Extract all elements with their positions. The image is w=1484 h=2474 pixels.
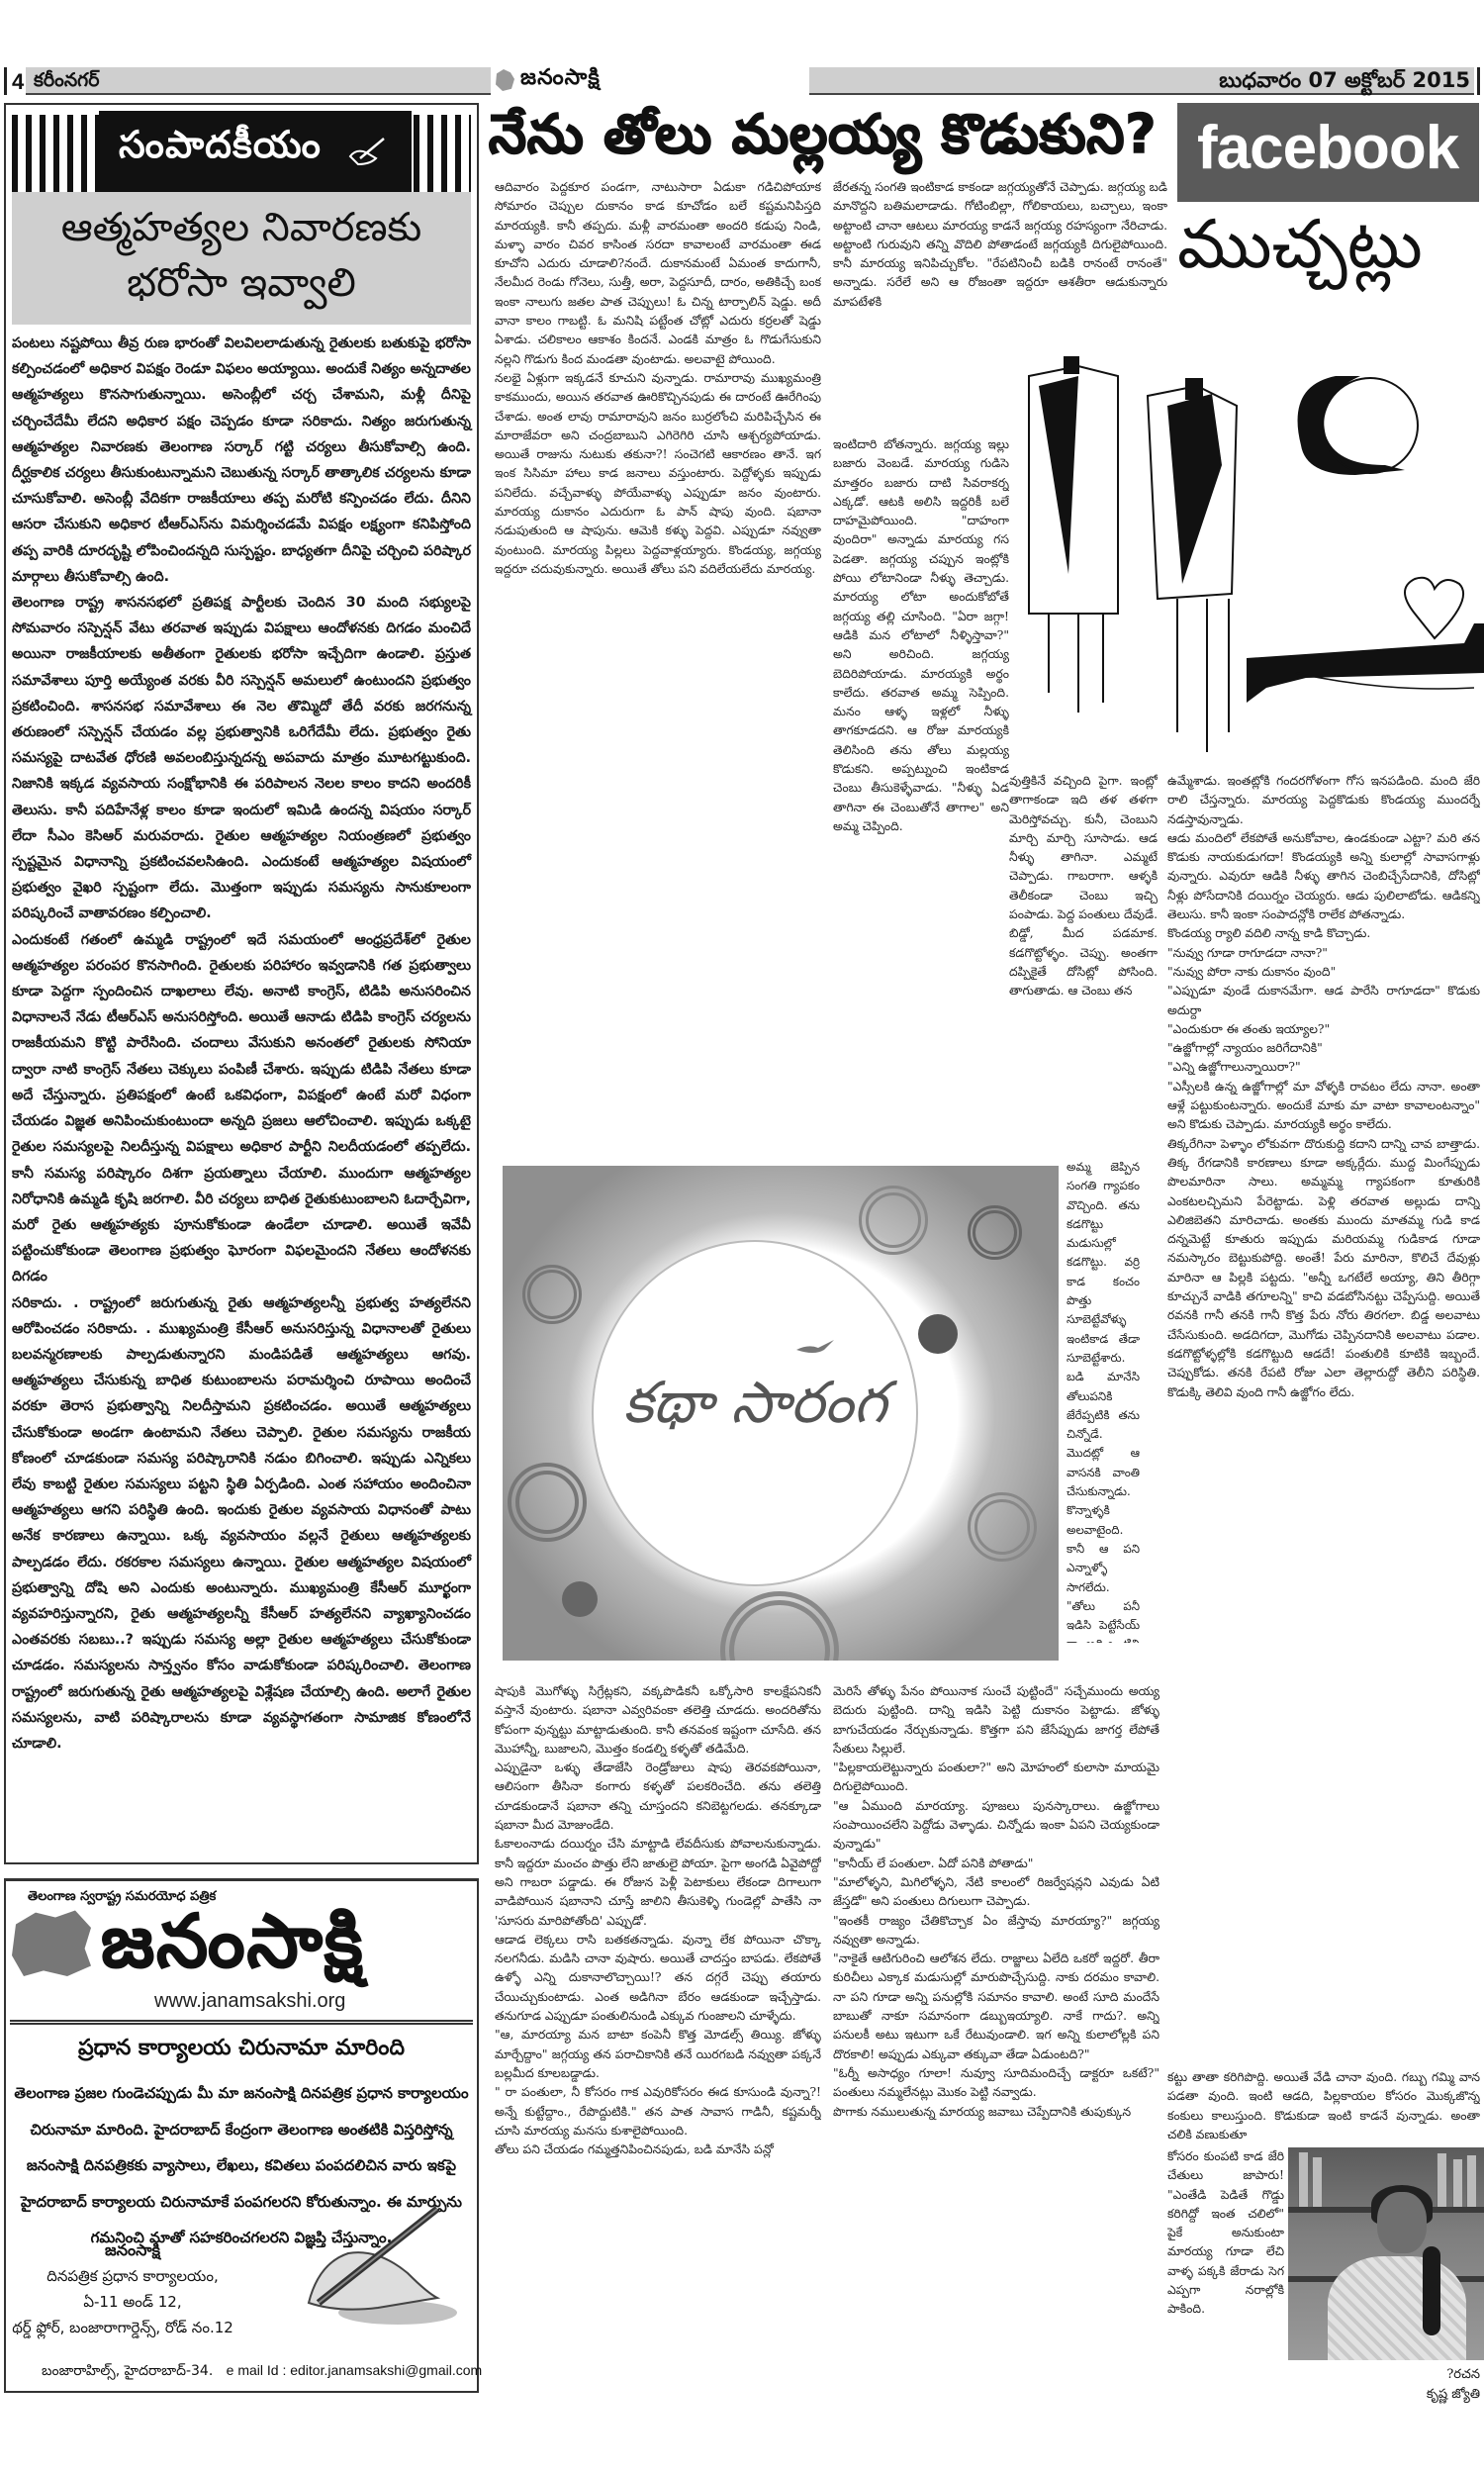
hand-with-pen-icon bbox=[289, 2204, 457, 2332]
issue-date: బుధవారం 07 అక్టోబర్ 2015 bbox=[1219, 68, 1470, 98]
ad-logo: జనంసాక్షి bbox=[101, 1899, 364, 2002]
story-column-2-narrow: ఇంటిదారి బోతన్నారు. జగ్గయ్య ఇల్లు బజారు … bbox=[833, 435, 1009, 1163]
page-masthead: 4 కరీంనగర్ జనంసాక్షి బుధవారం 07 అక్టోబర్… bbox=[0, 65, 1484, 97]
decorative-circle bbox=[522, 1265, 582, 1324]
paper-logo: జనంసాక్షి bbox=[495, 65, 601, 95]
author-face bbox=[1377, 2192, 1427, 2253]
editorial-headline-line1: ఆత్మహత్యల నివారణకు bbox=[16, 200, 467, 255]
address-name: జనంసాక్షి bbox=[14, 2237, 251, 2263]
author-photo bbox=[1288, 2147, 1484, 2360]
editorial-banner: సంపాదకీయం bbox=[12, 111, 471, 192]
book bbox=[1466, 2155, 1476, 2207]
story-paragraph: "ఆ ఏముంది మారయ్యా. పూజలు పునస్కారాలు. ఉజ… bbox=[833, 1797, 1159, 1855]
address-line: బంజారాహిల్స్, హైదరాబాద్-34. bbox=[42, 2363, 213, 2379]
book bbox=[1437, 2153, 1446, 2207]
story-paragraph: మెరిసే తోళ్ళు పేనం పోయినాక సుంచే పుట్టిం… bbox=[833, 1682, 1159, 1759]
story-paragraph: ఆదివారం పెద్దకూర పండగా, నాటుసారా ఏడుకా గ… bbox=[495, 178, 821, 369]
editorial-headline-line2: భరోసా ఇవ్వాలి bbox=[16, 255, 467, 311]
section-name: కరీంనగర్ bbox=[34, 69, 100, 96]
editorial-paragraph: ఎందుకంటే గతంలో ఉమ్మడి రాష్ట్రంలో ఇదే సమయ… bbox=[12, 927, 471, 1290]
ad-title: ప్రధాన కార్యాలయ చిరునామా మారింది bbox=[6, 2036, 477, 2065]
story-paragraph: "కానీయ్ లే పంతులా. ఏదో పనికి పోతాడు" bbox=[833, 1855, 1159, 1873]
address-line: దినపత్రిక ప్రధాన కార్యాలయం, bbox=[14, 2263, 251, 2289]
editorial-section: సంపాదకీయం ఆత్మహత్యల నివారణకు భరోసా ఇవ్వా… bbox=[4, 103, 479, 1864]
story-paragraph: ఆడాడ లెక్కలు రాసి బతకతన్నాడు. వున్నా లేక… bbox=[495, 1931, 821, 2026]
story-paragraph: షాపుకి మొగోళ్ళు సిగ్రేట్లకని, వక్కపొడికన… bbox=[495, 1682, 821, 1759]
telangana-map-icon bbox=[12, 1907, 91, 1976]
story-column-3-fragment: వుత్తికినే వచ్చింది పైగా. ఇంట్లో తాగాకండ… bbox=[1009, 772, 1158, 1158]
facebook-banner: facebook bbox=[1177, 103, 1479, 202]
telangana-map-icon bbox=[495, 69, 514, 91]
address-line: థర్డ్ ఫ్లోర్, బంజారాగార్డెన్స్, రోడ్ నం.… bbox=[0, 2315, 251, 2340]
masthead-left-rule bbox=[4, 67, 7, 95]
katha-saranga-image: కథా సారంగ bbox=[503, 1166, 1059, 1661]
decorative-circle bbox=[859, 1186, 928, 1255]
story-paragraph: "నువ్వు గూడా రాగూడదా నానా?" bbox=[1167, 944, 1480, 963]
story-paragraph: "ఆ, మారయ్యా మన బాటా కంపెనీ కొత్త మోడల్స్… bbox=[495, 2026, 821, 2083]
editorial-paragraph: పంటలు నష్టపోయి తీవ్ర రుణ భారంతో విలవిలలా… bbox=[12, 331, 471, 590]
story-paragraph: ఇంటిదారి బోతన్నారు. జగ్గయ్య ఇల్లు బజారు … bbox=[833, 435, 1009, 836]
story-paragraph: తోలు పని చేయడం గమ్మత్తనిపించినపుడు, బడి … bbox=[495, 2141, 821, 2159]
story-column-6: మెరిసే తోళ్ళు పేనం పోయినాక సుంచే పుట్టిం… bbox=[833, 1682, 1159, 2454]
story-paragraph: "ఎస్సీలకి ఉన్న ఉజ్జోగాల్లో మా వోళ్ళకి రా… bbox=[1167, 1078, 1480, 1135]
page-number: 4 bbox=[12, 69, 24, 95]
editorial-body: పంటలు నష్టపోయి తీవ్ర రుణ భారంతో విలవిలలా… bbox=[6, 325, 477, 1762]
editorial-banner-title: సంపాదకీయం bbox=[119, 123, 322, 176]
story-paragraph: పొగాకు నములుతున్న మారయ్య జవాబు చెప్పేదాన… bbox=[833, 2103, 1159, 2122]
decorative-circle bbox=[968, 1492, 1037, 1562]
author-braid bbox=[1423, 2246, 1440, 2335]
story-paragraph: "నువ్వు పోరా నాకు దుకానం వుంది" bbox=[1167, 963, 1480, 982]
paper-name: జనంసాక్షి bbox=[520, 65, 601, 95]
editorial-headline-box: ఆత్మహత్యల నివారణకు భరోసా ఇవ్వాలి bbox=[12, 192, 471, 325]
story-headline: నేను తోలు మల్లయ్య కొడుకుని? bbox=[489, 103, 1171, 166]
story-paragraph: "మాలోళ్ళని, మిగిలోళ్ళని, నేటి కాలంలో రిజ… bbox=[833, 1873, 1159, 1912]
story-paragraph: "ఓర్నీ అసాధ్యం గూలా! నువ్వూ సూదిమందిచ్చే… bbox=[833, 2064, 1159, 2103]
story-paragraph: ఆడు మందిలో లేకపోతే అనుకోవాల, ఉండకుండా ఎట… bbox=[1167, 829, 1480, 924]
author-caption: ?రచన కృష్ణ జ్యోతి bbox=[1405, 2365, 1480, 2405]
book bbox=[1312, 2157, 1322, 2207]
story-paragraph: ఉమ్మేశాడు. ఇంతట్లోకి గందరగోళంగా గోస ఇనపడ… bbox=[1167, 772, 1480, 829]
decorative-circle bbox=[508, 1463, 587, 1542]
story-paragraph: నలభై ఏళ్లుగా ఇక్కడనే కూచుని వున్నాడు. రా… bbox=[495, 369, 821, 579]
ad-address: జనంసాక్షి దినపత్రిక ప్రధాన కార్యాలయం, ఏ-… bbox=[14, 2237, 251, 2340]
address-line: ఏ-11 అండ్ 12, bbox=[14, 2289, 251, 2315]
writing-hand-icon bbox=[346, 135, 386, 168]
story-paragraph: వుత్తికినే వచ్చింది పైగా. ఇంట్లో తాగాకండ… bbox=[1009, 772, 1158, 1001]
story-column-1: ఆదివారం పెద్దకూర పండగా, నాటుసారా ఏడుకా గ… bbox=[495, 178, 821, 1163]
decorative-circle bbox=[562, 1581, 598, 1617]
story-paragraph: "ఉజ్జోగాల్లో న్యాయం జరిగేదానికి" bbox=[1167, 1039, 1480, 1058]
story-column-4: ఉమ్మేశాడు. ఇంతట్లోకి గందరగోళంగా గోస ఇనపడ… bbox=[1167, 772, 1480, 2058]
story-paragraph: అమ్మ జెప్పిన సంగతి గ్యాపకం వొచ్చింది. తన… bbox=[1067, 1158, 1140, 1643]
story-paragraph: ఎప్పుడైనా ఒళ్ళు తేడాజేసి రెండ్రోజులు షాప… bbox=[495, 1759, 821, 1835]
editorial-paragraph: సరికాదు. . రాష్ట్రంలో జరుగుతున్న రైతు ఆత… bbox=[12, 1290, 471, 1758]
story-paragraph: తిక్కరేగినా పెళ్ళాం లోకువగా దొరుకుద్ది క… bbox=[1167, 1135, 1480, 1402]
book bbox=[1298, 2152, 1308, 2207]
story-paragraph: " రా పంతులా, నీ కోసరం గాక ఎవురికోసరం ఈడ … bbox=[495, 2083, 821, 2141]
decorative-circle bbox=[918, 1314, 958, 1354]
author-body bbox=[1328, 2256, 1466, 2360]
ad-divider bbox=[10, 2020, 473, 2025]
story-paragraph: "ఎప్పుడూ వుండే దుకానమేగా. ఆడ పారేసి రాగూ… bbox=[1167, 982, 1480, 1020]
story-column-beside-image: అమ్మ జెప్పిన సంగతి గ్యాపకం వొచ్చింది. తన… bbox=[1067, 1158, 1140, 1643]
story-column-5: షాపుకి మొగోళ్ళు సిగ్రేట్లకని, వక్కపొడికన… bbox=[495, 1682, 821, 2454]
masthead-right-rule bbox=[1477, 67, 1480, 95]
address-last-line: బంజారాహిల్స్, హైదరాబాద్-34. e mail Id : … bbox=[42, 2362, 482, 2382]
website-link[interactable]: www.janamsakshi.org bbox=[154, 1990, 345, 2013]
janamsakshi-address-ad: తెలంగాణ స్వరాష్ట్ర సమరయోధ పత్రిక జనంసాక్… bbox=[4, 1878, 479, 2393]
author-caption-label: ?రచన bbox=[1405, 2365, 1480, 2385]
story-column-above-photo: కట్టు తాతా కరిగిపొద్ది. అయితే వేడి చానా … bbox=[1167, 2068, 1480, 2145]
story-paragraph: ఓకాలంనాడు దయిర్నం చేసి మాట్టాడి లేవదీసుక… bbox=[495, 1835, 821, 1930]
story-paragraph: "ఇంతకీ రాజ్యం చేతికొచ్చాక ఏం జేస్తావు మా… bbox=[833, 1912, 1159, 1951]
story-paragraph: "పిల్లకాయలెట్టున్నారు పంతులా?" అని మోహంల… bbox=[833, 1759, 1159, 1797]
decorative-circle bbox=[720, 1591, 839, 1661]
decorative-circle bbox=[968, 1205, 1022, 1260]
facebook-subtitle: ముచ్చట్లు bbox=[1177, 200, 1423, 291]
story-paragraph: జేరతన్న సంగతి ఇంటికాడ కాకండా జగ్గయ్యతోనే… bbox=[833, 178, 1167, 312]
katha-saranga-title: కథా సారంగ bbox=[597, 1369, 913, 1451]
cartoon-illustration bbox=[1009, 317, 1484, 767]
story-paragraph: కొండయ్య ర్యాలి వదిలి నాన్న కాడి కొచ్చాడు… bbox=[1167, 924, 1480, 943]
story-paragraph: "ఎన్ని ఉజ్జోగాలున్నాయిరా?" bbox=[1167, 1058, 1480, 1077]
story-paragraph: కట్టు తాతా కరిగిపొద్ది. అయితే వేడి చానా … bbox=[1167, 2068, 1480, 2144]
editorial-paragraph: తెలంగాణ రాష్ట్ర శాసనసభలో ప్రతిపక్ష పార్ట… bbox=[12, 590, 471, 927]
bird-icon bbox=[794, 1336, 838, 1358]
story-paragraph: "నాకైతే ఆటిగురించి ఆలోశన లేదు. రాజ్జాలు … bbox=[833, 1950, 1159, 2064]
facebook-label: facebook bbox=[1197, 113, 1458, 183]
author-name: కృష్ణ జ్యోతి bbox=[1405, 2385, 1480, 2405]
email-address[interactable]: e mail Id : editor.janamsakshi@gmail.com bbox=[227, 2362, 483, 2378]
story-paragraph: "ఎందుకురా ఈ తంతు ఇయ్యాల?" bbox=[1167, 1020, 1480, 1039]
book bbox=[1452, 2159, 1462, 2207]
story-paragraph: కోసరం కుంపటి కాడ జేరి చేతులు జాపారు! "ఎం… bbox=[1167, 2147, 1284, 2320]
story-column-7-beside-photo: కోసరం కుంపటి కాడ జేరి చేతులు జాపారు! "ఎం… bbox=[1167, 2147, 1284, 2474]
